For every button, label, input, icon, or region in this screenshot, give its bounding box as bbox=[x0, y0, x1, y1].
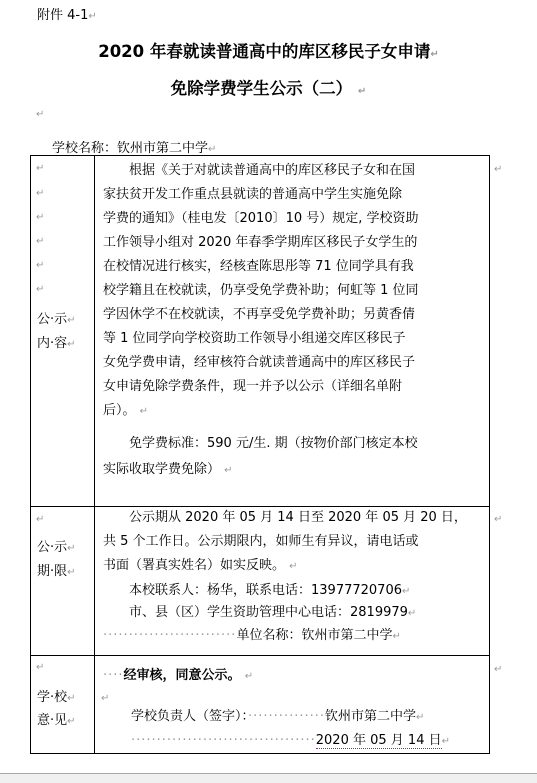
date-line: ····································2020… bbox=[131, 729, 450, 753]
approval-text: ····经审核，同意公示。 ↵ bbox=[103, 664, 253, 688]
paragraph-mark-icon: ↵ bbox=[36, 109, 44, 120]
paragraph-mark-icon: ↵ bbox=[494, 164, 502, 175]
aid-center-phone: 市、县（区）学生资助管理中心电话：2819979↵ bbox=[103, 601, 416, 625]
document-title-line1: 2020 年春就读普通高中的库区移民子女申请↵ bbox=[0, 38, 537, 62]
paragraph-mark-icon: ↵ bbox=[494, 664, 502, 675]
column-divider bbox=[94, 156, 95, 753]
notice-table: ↵ ↵ ↵ ↵ ↵ ↵ 公·示↵ 内·容↵ 根据《关于对就读普通高中的库区移民子… bbox=[30, 155, 490, 754]
paragraph-mark-icon: ↵ bbox=[494, 514, 502, 525]
contact-person: 本校联系人：杨华，联系电话：13977720706↵ bbox=[103, 579, 410, 603]
school-name: 学校名称：钦州市第二中学↵ bbox=[52, 137, 216, 156]
unit-name: ··························单位名称：钦州市第二中学↵ bbox=[103, 624, 401, 648]
row-divider bbox=[31, 655, 489, 656]
document-title-line2: 免除学费学生公示（二） ↵ bbox=[0, 75, 537, 99]
attachment-number: 附件 4-1↵ bbox=[37, 4, 97, 23]
horizontal-scrollbar[interactable] bbox=[0, 773, 537, 783]
signer-line: 学校负责人（签字）：···············钦州市第二中学↵ bbox=[131, 705, 424, 729]
